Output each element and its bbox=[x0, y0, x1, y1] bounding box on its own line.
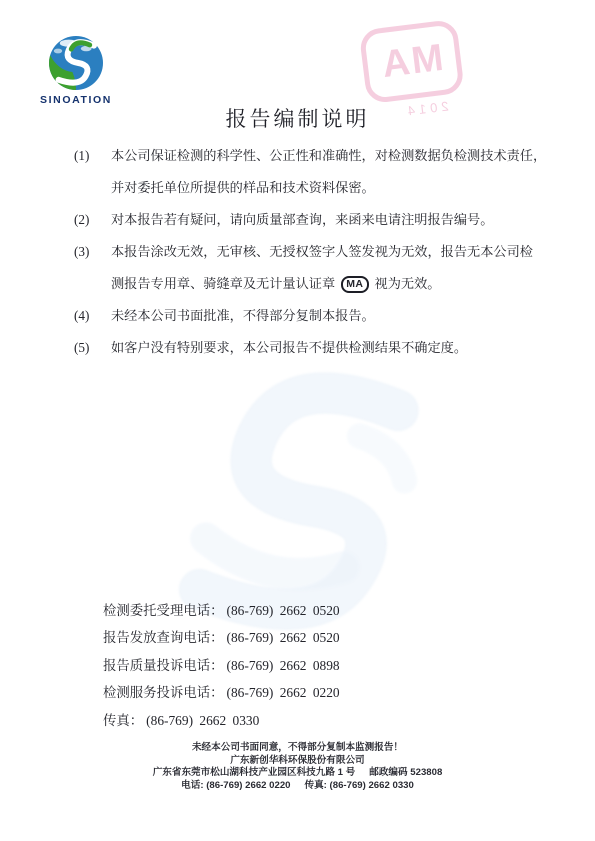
clause-text: 本公司保证检测的科学性、公正性和准确性，对检测数据负检测技术责任， 并对委托单位… bbox=[111, 140, 552, 204]
contact-row: 检测服务投诉电话：(86-769) 2662 0220 bbox=[103, 679, 340, 706]
clause-number: (4) bbox=[74, 300, 111, 332]
footer-postcode: 邮政编码 523808 bbox=[369, 767, 442, 778]
clause-text: 如客户没有特别要求，本公司报告不提供检测结果不确定度。 bbox=[111, 332, 552, 364]
contact-row: 检测委托受理电话：(86-769) 2662 0520 bbox=[103, 597, 340, 624]
footer-fax: 传真: (86-769) 2662 0330 bbox=[305, 780, 414, 791]
contact-phone: (86-769) 2662 0330 bbox=[146, 713, 259, 728]
clause-text: 本报告涂改无效，无审核、无授权签字人签发视为无效，报告无本公司检 测报告专用章、… bbox=[111, 236, 552, 300]
contact-label: 传真： bbox=[103, 713, 143, 728]
cma-certification-mark-icon: MA bbox=[341, 276, 368, 293]
list-item: (4) 未经本公司书面批准，不得部分复制本报告。 bbox=[74, 300, 552, 332]
footer-phone: 电话: (86-769) 2662 0220 bbox=[181, 780, 290, 791]
footer-address: 广东省东莞市松山湖科技产业园区科技九路 1 号 bbox=[153, 767, 356, 778]
list-item: (3) 本报告涂改无效，无审核、无授权签字人签发视为无效，报告无本公司检 测报告… bbox=[74, 236, 552, 300]
contact-label: 报告发放查询电话： bbox=[103, 630, 224, 645]
contact-row: 传真：(86-769) 2662 0330 bbox=[103, 707, 340, 734]
cma-stamp-outline-icon: MA bbox=[359, 19, 465, 104]
contact-phone: (86-769) 2662 0220 bbox=[227, 685, 340, 700]
footer-phone-line: 电话: (86-769) 2662 0220传真: (86-769) 2662 … bbox=[0, 780, 595, 793]
list-item: (5) 如客户没有特别要求，本公司报告不提供检测结果不确定度。 bbox=[74, 332, 552, 364]
contact-phone: (86-769) 2662 0520 bbox=[227, 630, 340, 645]
contact-list: 检测委托受理电话：(86-769) 2662 0520 报告发放查询电话：(86… bbox=[103, 597, 340, 734]
clause-number: (1) bbox=[74, 140, 111, 172]
clause-text-before: 本报告涂改无效，无审核、无授权签字人签发视为无效，报告无本公司检 测报告专用章、… bbox=[111, 244, 533, 291]
contact-phone: (86-769) 2662 0520 bbox=[227, 603, 340, 618]
page-title: 报告编制说明 bbox=[0, 103, 595, 133]
contact-label: 检测服务投诉电话： bbox=[103, 685, 224, 700]
contact-row: 报告发放查询电话：(86-769) 2662 0520 bbox=[103, 624, 340, 651]
stamp-letters: MA bbox=[378, 36, 446, 86]
footer-company-name: 广东新创华科环保股份有限公司 bbox=[0, 755, 595, 768]
footer-address-line: 广东省东莞市松山湖科技产业园区科技九路 1 号邮政编码 523808 bbox=[0, 767, 595, 780]
clause-number: (5) bbox=[74, 332, 111, 364]
contact-phone: (86-769) 2662 0898 bbox=[227, 658, 340, 673]
contact-row: 报告质量投诉电话：(86-769) 2662 0898 bbox=[103, 652, 340, 679]
globe-s-logo-icon bbox=[33, 33, 119, 93]
footer-notice: 未经本公司书面同意，不得部分复制本监测报告！ bbox=[0, 742, 595, 755]
contact-label: 检测委托受理电话： bbox=[103, 603, 224, 618]
clause-list: (1) 本公司保证检测的科学性、公正性和准确性，对检测数据负检测技术责任， 并对… bbox=[74, 140, 552, 364]
report-instructions-page: SINOATION MA 2014 报告编制说明 (1) 本公司保证检测的科学性… bbox=[0, 0, 595, 841]
clause-number: (3) bbox=[74, 236, 111, 268]
clause-text: 未经本公司书面批准，不得部分复制本报告。 bbox=[111, 300, 552, 332]
clause-number: (2) bbox=[74, 204, 111, 236]
company-logo: SINOATION bbox=[33, 33, 119, 106]
list-item: (2) 对本报告若有疑问，请向质量部查询，来函来电请注明报告编号。 bbox=[74, 204, 552, 236]
clause-text-after: 视为无效。 bbox=[375, 276, 441, 291]
page-footer: 未经本公司书面同意，不得部分复制本监测报告！ 广东新创华科环保股份有限公司 广东… bbox=[0, 742, 595, 792]
contact-label: 报告质量投诉电话： bbox=[103, 658, 224, 673]
clause-text: 对本报告若有疑问，请向质量部查询，来函来电请注明报告编号。 bbox=[111, 204, 552, 236]
list-item: (1) 本公司保证检测的科学性、公正性和准确性，对检测数据负检测技术责任， 并对… bbox=[74, 140, 552, 204]
